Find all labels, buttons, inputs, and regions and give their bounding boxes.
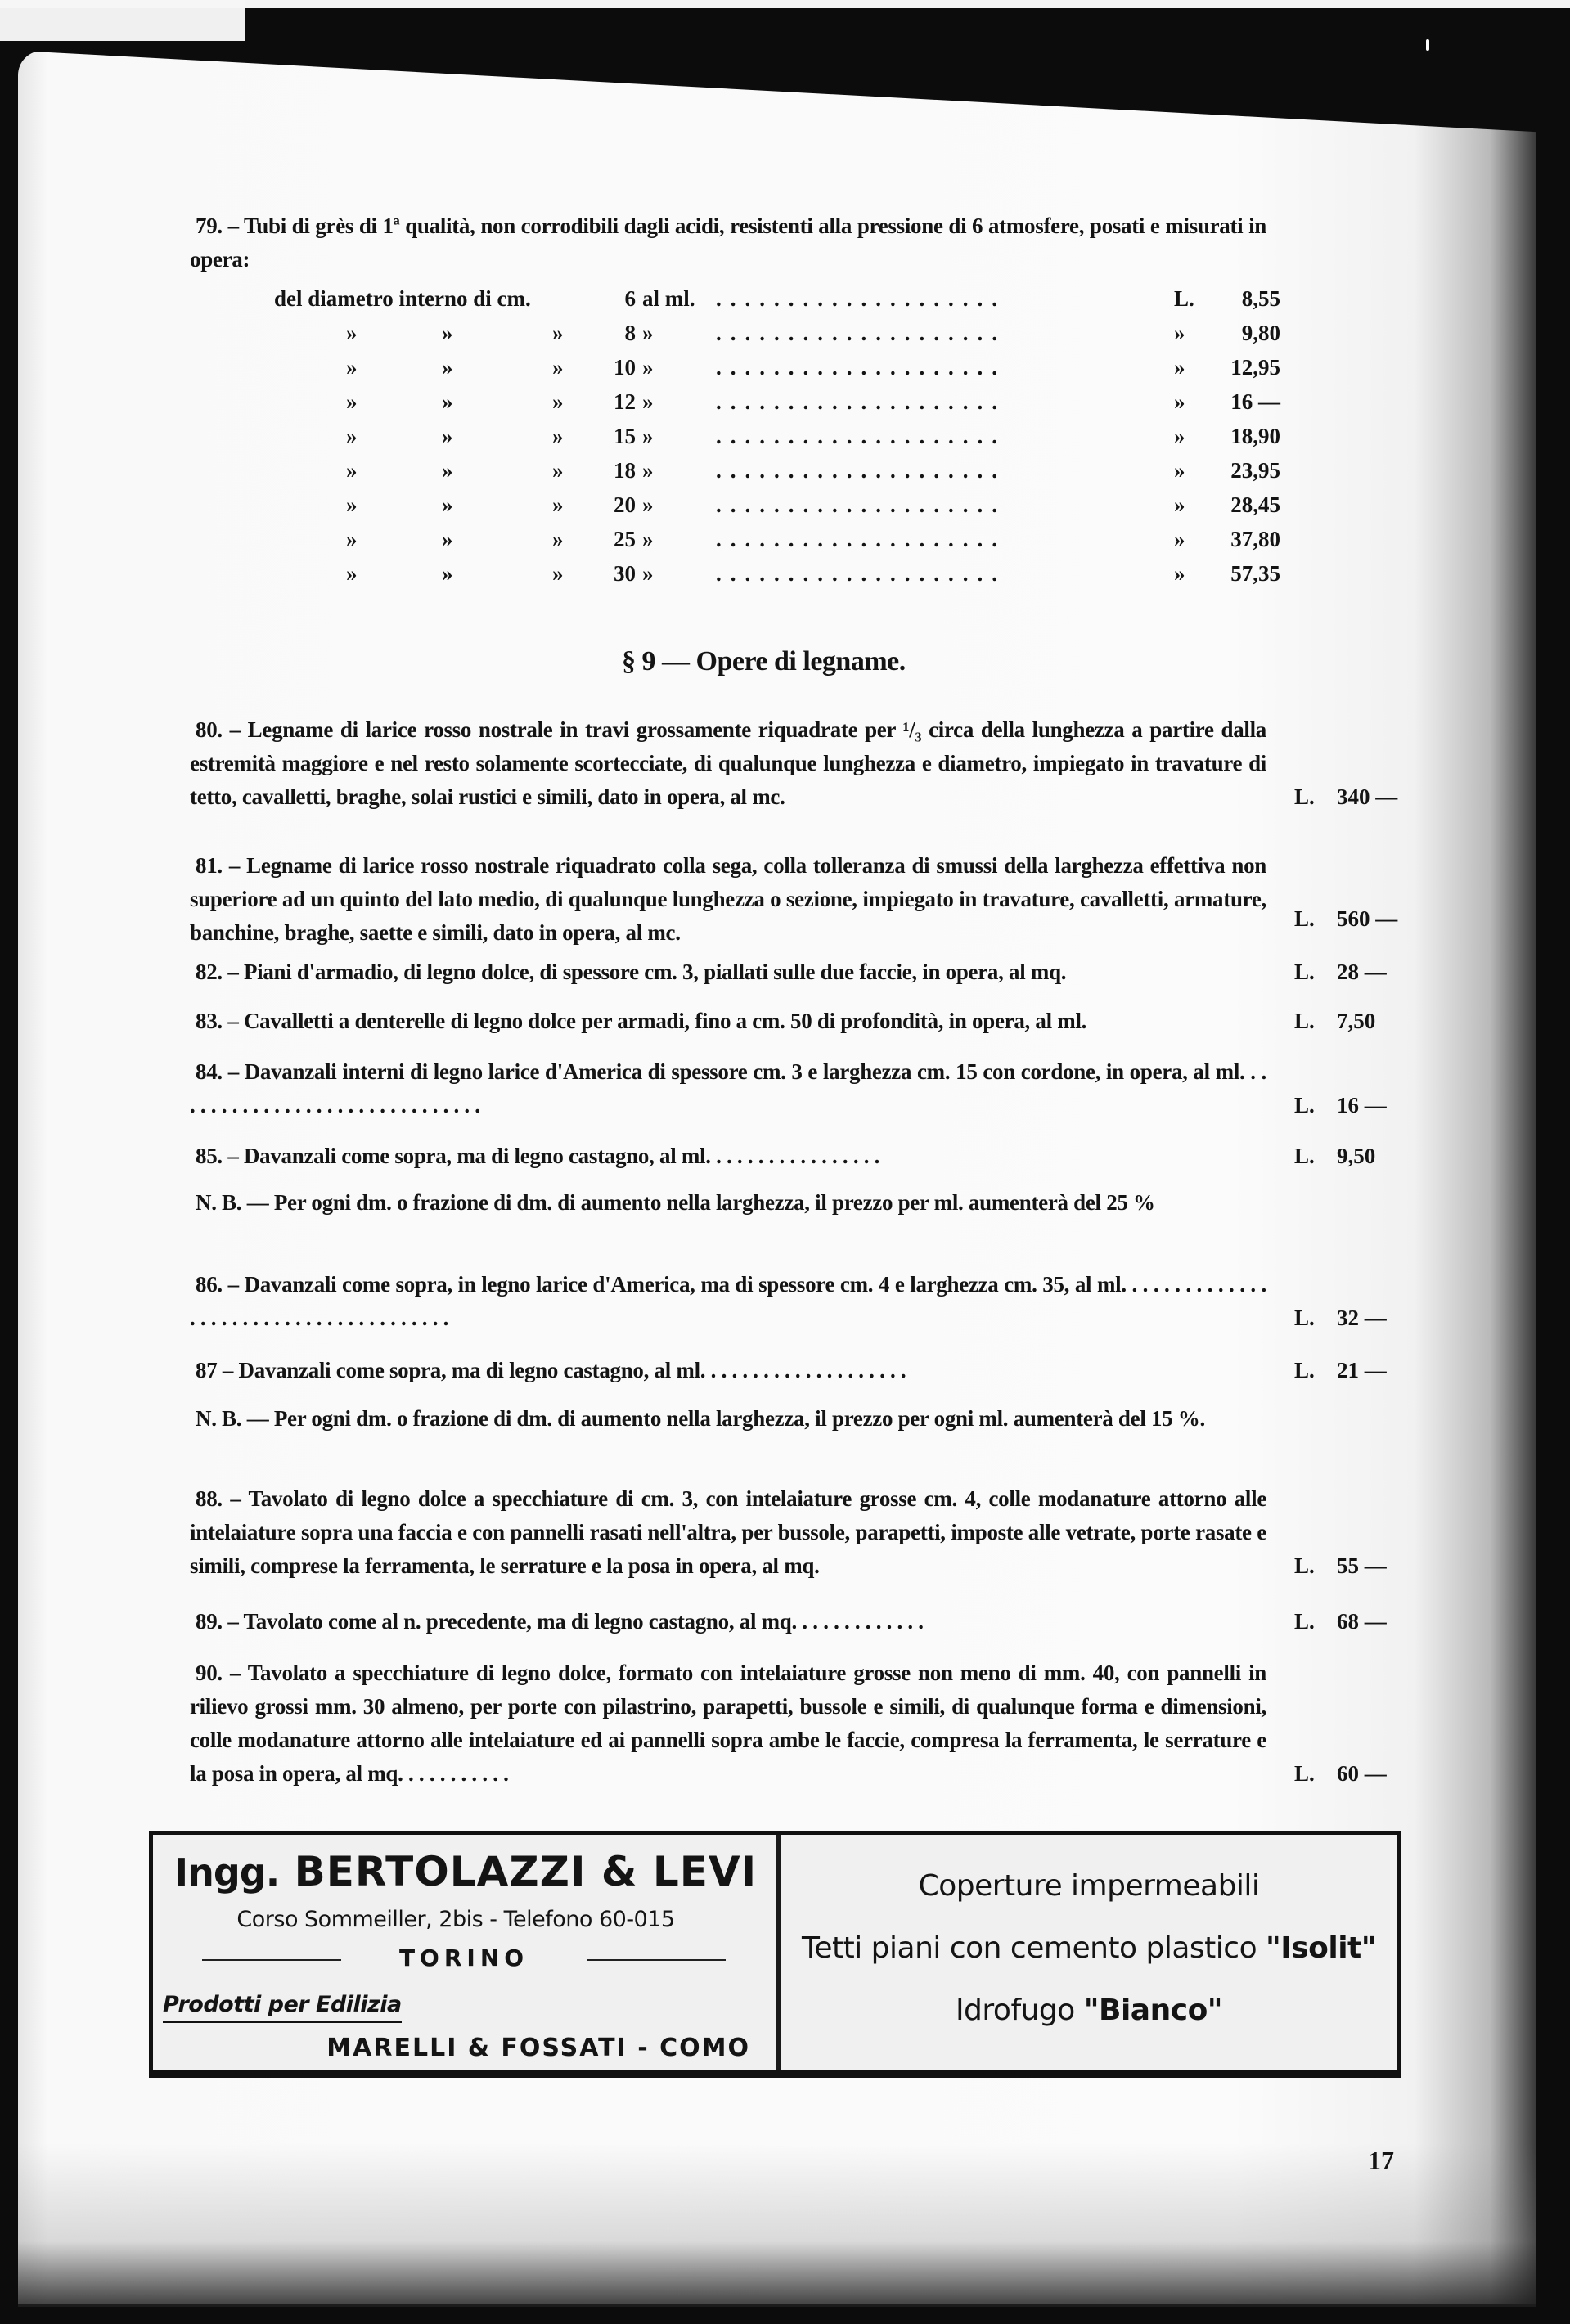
currency: L. — [1294, 780, 1337, 814]
note-text: — Per ogni dm. o frazione di dm. di aume… — [247, 1406, 1205, 1431]
item-number: 82. — [196, 960, 223, 984]
price-value: 340 — — [1337, 784, 1397, 809]
ad-manufacturer: MARELLI & FOSSATI - COMO — [153, 2034, 750, 2062]
ditto-mark: » — [346, 420, 358, 453]
item-price: L.28 — — [1294, 955, 1409, 989]
currency: L. — [1294, 1605, 1337, 1638]
item-81: 81. – Legname di larice rosso nostrale r… — [190, 849, 1266, 950]
dot-leader: .................... — [716, 557, 1006, 591]
diameter: 12 — [593, 385, 636, 419]
ad-line-3-text: Idrofugo — [956, 1994, 1084, 2027]
currency: L. — [1294, 1354, 1337, 1387]
dot-leader: .................... — [716, 420, 1006, 453]
item-number: 86. — [196, 1272, 223, 1297]
unit: al ml. — [642, 282, 695, 316]
item-number: 85. — [196, 1144, 223, 1168]
price: 28,45 — [1207, 488, 1280, 522]
note-label: N. B. — [196, 1190, 241, 1215]
item-text: – Davanzali come sopra, ma di legno cast… — [227, 1144, 879, 1168]
item-price: L.68 — — [1294, 1605, 1409, 1638]
price-value: 21 — — [1337, 1358, 1387, 1382]
price: 23,95 — [1207, 454, 1280, 488]
price: 37,80 — [1207, 523, 1280, 556]
item-number: 87 — [196, 1358, 217, 1382]
ditto-mark: » — [552, 488, 564, 522]
note-text: — Per ogni dm. o frazione di dm. di aume… — [247, 1190, 1155, 1215]
item-text: – Tavolato come al n. precedente, ma di … — [227, 1609, 923, 1634]
ad-title: BERTOLAZZI & LEVI — [295, 1848, 758, 1895]
ad-brand-bianco: "Bianco" — [1084, 1994, 1222, 2027]
ditto-mark: » — [552, 454, 564, 488]
price-value: 32 — — [1337, 1306, 1387, 1330]
unit: » — [642, 557, 654, 591]
note-85: N. B. — Per ogni dm. o frazione di dm. d… — [190, 1186, 1266, 1220]
dot-leader: .................... — [716, 488, 1006, 522]
item-price: L.7,50 — [1294, 1005, 1409, 1038]
note-87: N. B. — Per ogni dm. o frazione di dm. d… — [190, 1402, 1266, 1436]
ad-address: Corso Sommeiller, 2bis - Telefono 60-015 — [153, 1907, 758, 1932]
price: 16 — — [1207, 385, 1280, 419]
dot-leader: .................... — [716, 385, 1006, 419]
currency: L. — [1294, 1549, 1337, 1583]
item-number: 90. — [196, 1661, 223, 1685]
item-text: – Davanzali come sopra, ma di legno cast… — [223, 1358, 906, 1382]
ad-company-name: Ingg. BERTOLAZZI & LEVI — [174, 1848, 757, 1895]
ditto-mark: » — [1174, 351, 1185, 384]
currency: L. — [1294, 1005, 1337, 1038]
item-86: 86. – Davanzali come sopra, in legno lar… — [190, 1268, 1266, 1335]
unit: » — [642, 385, 654, 419]
item-89: 89. – Tavolato come al n. precedente, ma… — [190, 1605, 1266, 1638]
scan-margin-corner — [0, 8, 245, 41]
price-value: 9,50 — [1337, 1144, 1375, 1168]
item-number: 79. — [196, 214, 223, 238]
price-value: 60 — — [1337, 1761, 1387, 1786]
ditto-mark: » — [1174, 488, 1185, 522]
ad-city: TORINO — [202, 1944, 726, 1971]
price-value: 560 — — [1337, 906, 1397, 931]
item-90: 90. – Tavolato a specchiature di legno d… — [190, 1656, 1266, 1791]
price: 12,95 — [1207, 351, 1280, 384]
ditto-mark: » — [346, 454, 358, 488]
item-84: 84. – Davanzali interni di legno larice … — [190, 1055, 1266, 1122]
unit: » — [642, 351, 654, 384]
item-price: L.60 — — [1294, 1757, 1409, 1791]
ditto-mark: » — [442, 351, 453, 384]
item-price: L.21 — — [1294, 1354, 1409, 1387]
scan-speck — [1426, 39, 1429, 51]
item-83: 83. – Cavalletti a denterelle di legno d… — [190, 1005, 1266, 1038]
price: 57,35 — [1207, 557, 1280, 591]
item-number: 84. — [196, 1059, 223, 1084]
item-price: L.560 — — [1294, 902, 1409, 936]
item-number: 88. — [196, 1486, 223, 1511]
dot-leader: .................... — [716, 454, 1006, 488]
rule-right — [587, 1959, 726, 1961]
diameter: 30 — [593, 557, 636, 591]
ditto-mark: » — [552, 420, 564, 453]
unit: » — [642, 488, 654, 522]
diameter: 18 — [593, 454, 636, 488]
item-price: L.340 — — [1294, 780, 1409, 814]
price-value: 7,50 — [1337, 1009, 1375, 1033]
page-number: 17 — [1368, 2146, 1394, 2176]
item-price: L.55 — — [1294, 1549, 1409, 1583]
ditto-mark: » — [346, 523, 358, 556]
price-value: 55 — — [1337, 1553, 1387, 1578]
diameter: 10 — [593, 351, 636, 384]
item-text: – Legname di larice rosso nostrale riqua… — [190, 853, 1266, 945]
ad-coperture: Coperture impermeabili Tetti piani con c… — [781, 1835, 1397, 2070]
unit: » — [642, 454, 654, 488]
price: 8,55 — [1207, 282, 1280, 316]
ditto-mark: » — [442, 420, 453, 453]
ditto-mark: » — [552, 317, 564, 350]
item-price: L.32 — — [1294, 1301, 1409, 1335]
currency: L. — [1294, 1089, 1337, 1122]
diameter: 8 — [593, 317, 636, 350]
page-shadow — [18, 2143, 1536, 2307]
ad-line-1: Coperture impermeabili — [781, 1869, 1397, 1903]
ditto-mark: » — [1174, 454, 1185, 488]
ditto-mark: » — [346, 557, 358, 591]
ditto-mark: » — [1174, 420, 1185, 453]
ditto-mark: » — [346, 317, 358, 350]
currency: L. — [1294, 1757, 1337, 1791]
item-number: 83. — [196, 1009, 223, 1033]
currency: L. — [1294, 955, 1337, 989]
dot-leader: .................... — [716, 351, 1006, 384]
ditto-mark: » — [442, 557, 453, 591]
unit: » — [642, 317, 654, 350]
diameter: 6 — [593, 282, 636, 316]
item-text: – Davanzali interni di legno larice d'Am… — [190, 1059, 1266, 1117]
price: 18,90 — [1207, 420, 1280, 453]
price: 9,80 — [1207, 317, 1280, 350]
dot-leader: .................... — [716, 523, 1006, 556]
ditto-mark: » — [346, 385, 358, 419]
unit: » — [642, 523, 654, 556]
dot-leader: .................... — [716, 282, 1006, 316]
ditto-mark: » — [552, 523, 564, 556]
item-number: 81. — [196, 853, 223, 878]
item-text: – Tavolato di legno dolce a specchiature… — [190, 1486, 1266, 1578]
ditto-mark: » — [1174, 557, 1185, 591]
ditto-mark: » — [1174, 523, 1185, 556]
ditto-mark: » — [346, 351, 358, 384]
ditto-mark: » — [442, 317, 453, 350]
item-79: 79. – Tubi di grès di 1ª qualità, non co… — [190, 209, 1266, 276]
unit: » — [642, 420, 654, 453]
item-80: 80. – Legname di larice rosso nostrale i… — [190, 713, 1266, 814]
advertisement-box: Ingg. BERTOLAZZI & LEVI Corso Sommeiller… — [149, 1831, 1401, 2078]
ad-line-2: Tetti piani con cemento plastico "Isolit… — [781, 1931, 1397, 1965]
row-label: del diametro interno di cm. — [274, 282, 531, 316]
item-text: – Legname di larice rosso nostrale in tr… — [190, 717, 1266, 809]
item-text: – Tubi di grès di 1ª qualità, non corrod… — [190, 214, 1266, 272]
ad-brand-isolit: "Isolit" — [1266, 1931, 1376, 1965]
diameter: 20 — [593, 488, 636, 522]
diameter: 15 — [593, 420, 636, 453]
ad-line-2-text: Tetti piani con cemento plastico — [802, 1931, 1266, 1965]
item-number: 80. — [196, 717, 223, 742]
ad-line-3: Idrofugo "Bianco" — [781, 1994, 1397, 2027]
item-82: 82. – Piani d'armadio, di legno dolce, d… — [190, 955, 1266, 989]
item-text: – Cavalletti a denterelle di legno dolce… — [227, 1009, 1086, 1033]
note-label: N. B. — [196, 1406, 241, 1431]
item-85: 85. – Davanzali come sopra, ma di legno … — [190, 1140, 1266, 1173]
section-heading: § 9 — Opere di legname. — [622, 646, 906, 677]
item-88: 88. – Tavolato di legno dolce a specchia… — [190, 1482, 1266, 1583]
price-value: 28 — — [1337, 960, 1387, 984]
ditto-mark: » — [346, 488, 358, 522]
dot-leader: .................... — [716, 317, 1006, 350]
item-text: – Davanzali come sopra, in legno larice … — [190, 1272, 1266, 1330]
ditto-mark: » — [442, 385, 453, 419]
ditto-mark: » — [442, 523, 453, 556]
item-price: L.16 — — [1294, 1089, 1409, 1122]
currency: L. — [1294, 1301, 1337, 1335]
item-87: 87 – Davanzali come sopra, ma di legno c… — [190, 1354, 1266, 1387]
ditto-mark: » — [1174, 317, 1185, 350]
ditto-mark: » — [442, 454, 453, 488]
ditto-mark: » — [552, 385, 564, 419]
diameter: 25 — [593, 523, 636, 556]
ad-tagline: Prodotti per Edilizia — [163, 1992, 402, 2023]
ad-bertolazzi-levi: Ingg. BERTOLAZZI & LEVI Corso Sommeiller… — [153, 1835, 776, 2070]
ad-city-row: TORINO — [202, 1944, 726, 1974]
ditto-mark: » — [552, 557, 564, 591]
ad-title-prefix: Ingg. — [174, 1850, 279, 1895]
price-value: 68 — — [1337, 1609, 1387, 1634]
ditto-mark: » — [552, 351, 564, 384]
currency: L. — [1294, 902, 1337, 936]
ditto-mark: » — [1174, 385, 1185, 419]
price-value: 16 — — [1337, 1093, 1387, 1117]
currency: L. — [1294, 1140, 1337, 1173]
item-text: – Piani d'armadio, di legno dolce, di sp… — [227, 960, 1066, 984]
currency: L. — [1174, 282, 1194, 316]
ditto-mark: » — [442, 488, 453, 522]
item-text: – Tavolato a specchiature di legno dolce… — [190, 1661, 1266, 1786]
item-price: L.9,50 — [1294, 1140, 1409, 1173]
item-number: 89. — [196, 1609, 223, 1634]
